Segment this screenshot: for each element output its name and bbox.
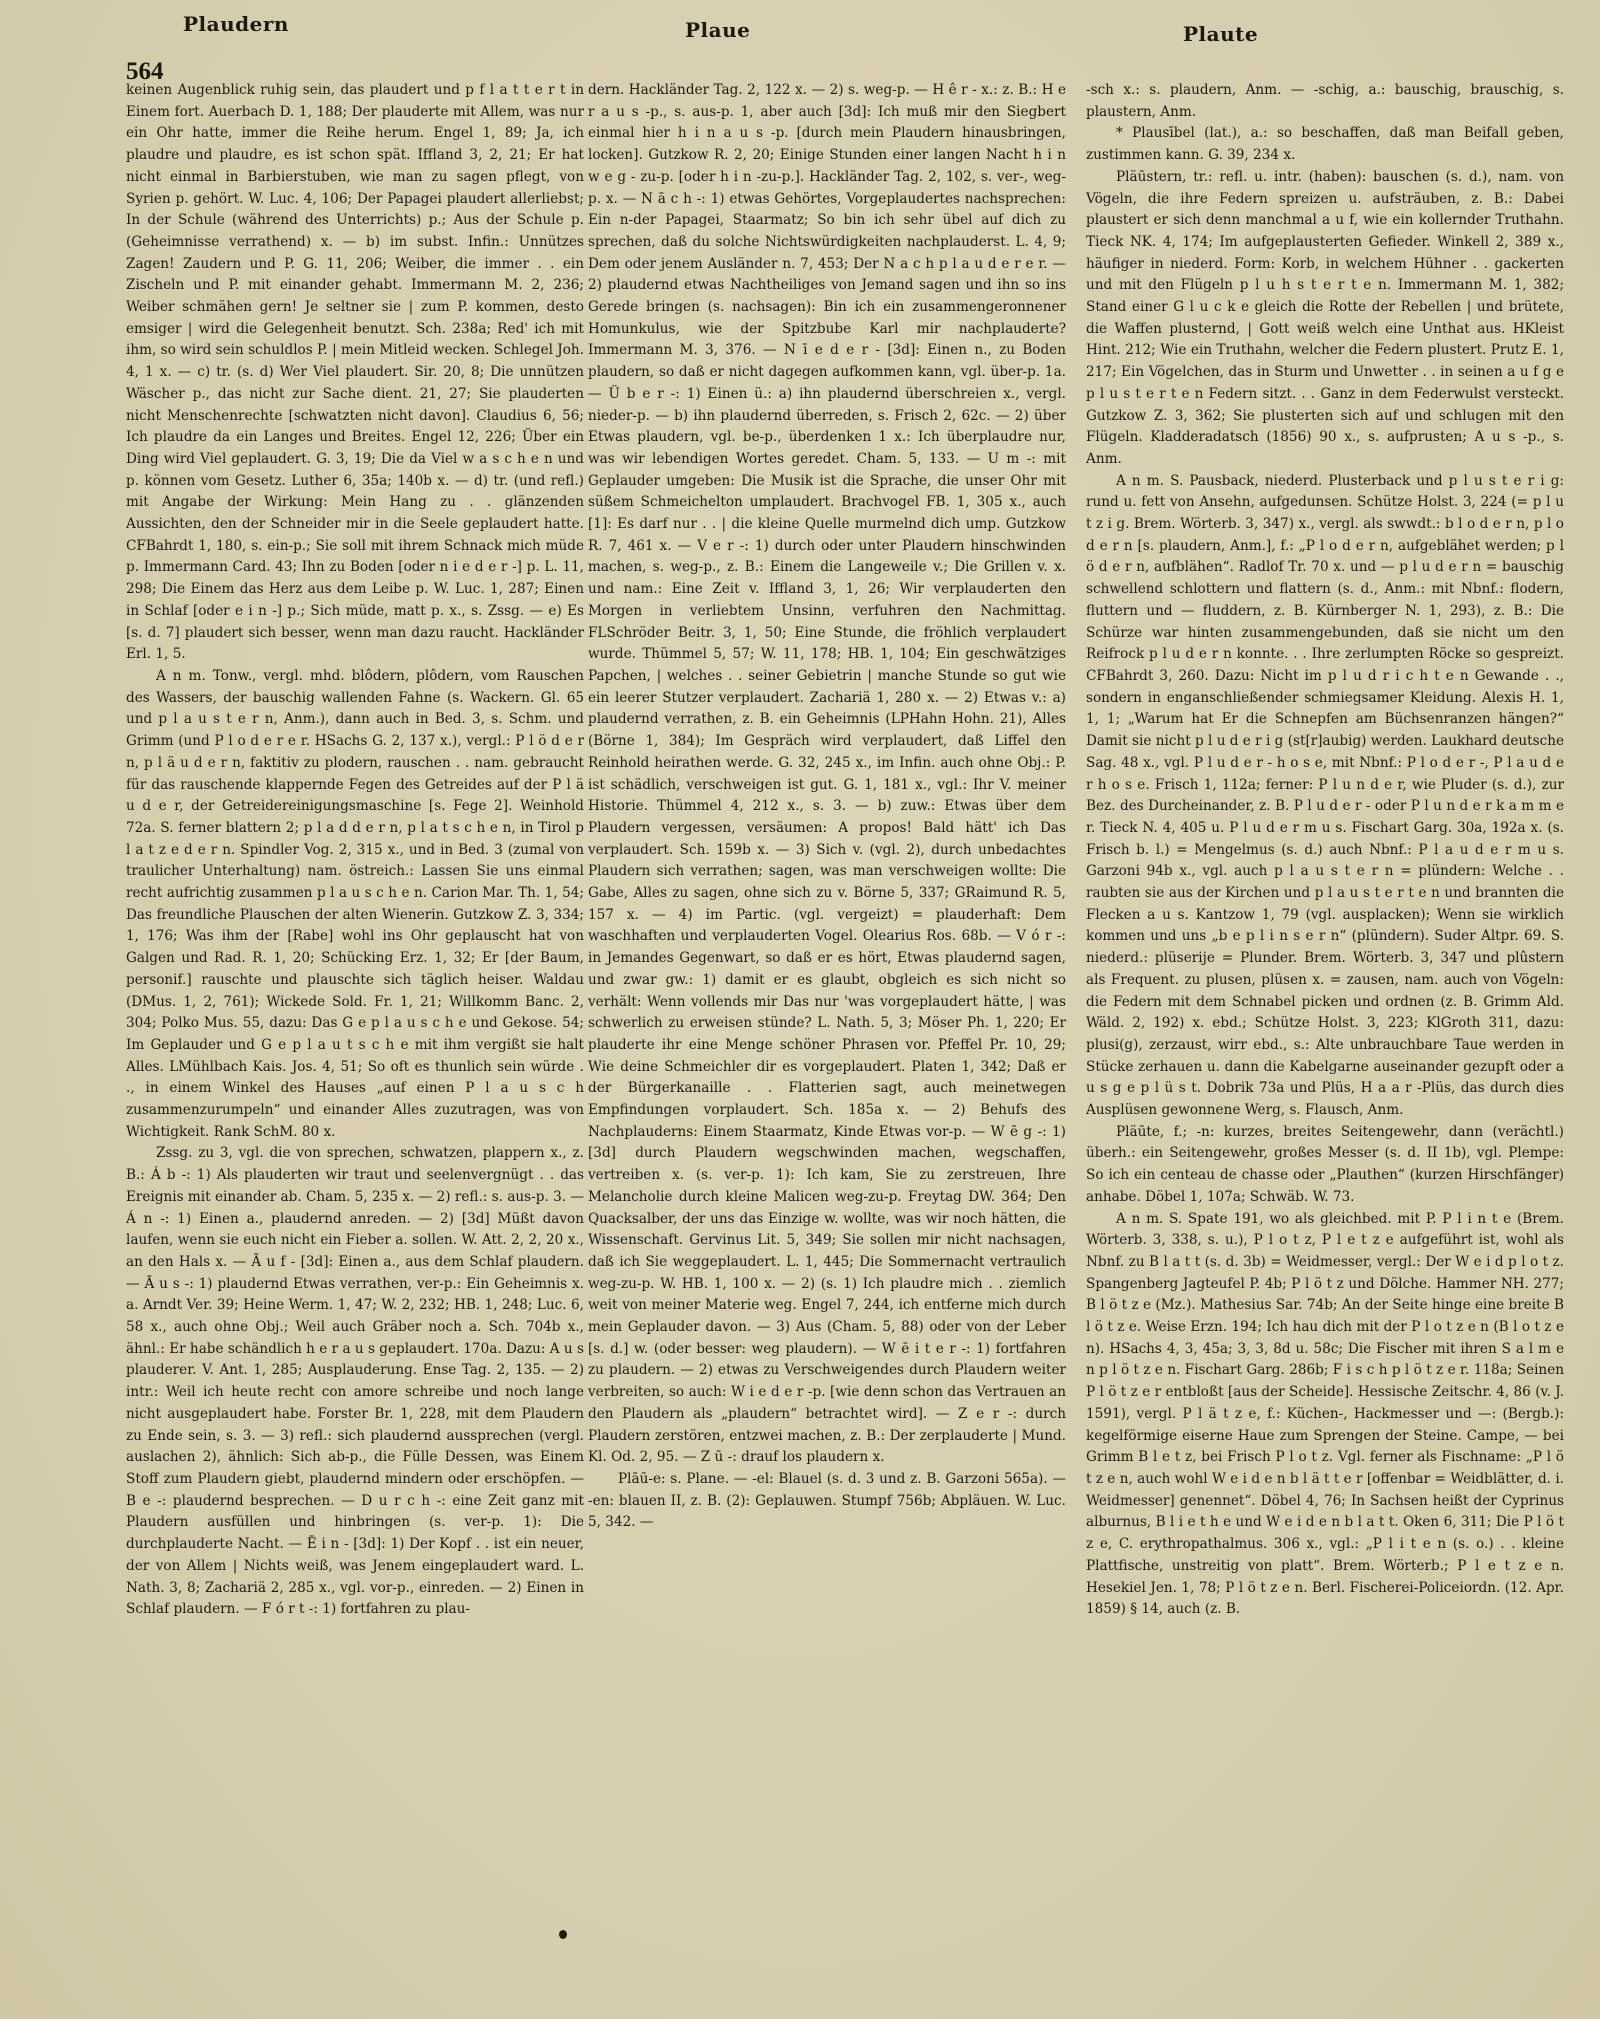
paragraph: keinen Augenblick ruhig sein, das plaude…: [126, 80, 584, 666]
guide-word-right: Plaute: [1183, 22, 1258, 46]
entry-plaute: Pläūte, f.; -n: kurzes, breites Seitenge…: [1086, 1122, 1564, 1209]
entry-plausibel: * Plausībel (lat.), a.: so beschaffen, d…: [1086, 123, 1564, 166]
entry-plaudern-compounds: dern. Hackländer Tag. 2, 122 x. — 2) s. …: [588, 80, 1066, 1534]
dictionary-page: 564 Plaudern Plaue Plaute keinen Augenbl…: [0, 0, 1600, 2019]
paragraph: dern. Hackländer Tag. 2, 122 x. — 2) s. …: [588, 80, 1066, 1469]
paragraph-zssg: Zssg. zu 3, vgl. die von sprechen, schwa…: [126, 1143, 584, 1620]
paragraph-anm: A n m. S. Pausback, niederd. Plusterback…: [1086, 471, 1564, 1122]
entry-plausch-continuation: -sch x.: s. plaudern, Anm. — -schig, a.:…: [1086, 80, 1564, 1621]
entry-plaustern: Pläūstern, tr.: refl. u. intr. (haben): …: [1086, 167, 1564, 471]
column-middle: dern. Hackländer Tag. 2, 122 x. — 2) s. …: [588, 80, 1066, 1960]
guide-word-left: Plaudern: [183, 12, 289, 36]
entry-plaudern-continuation: keinen Augenblick ruhig sein, das plaude…: [126, 80, 584, 1621]
paragraph: -sch x.: s. plaudern, Anm. — -schig, a.:…: [1086, 80, 1564, 123]
paragraph-anm: A n m. Tonw., vergl. mhd. blôdern, plôde…: [126, 666, 584, 1143]
guide-word-center: Plaue: [685, 18, 750, 42]
column-left: keinen Augenblick ruhig sein, das plaude…: [126, 80, 584, 1960]
paragraph-anm-plaute: A n m. S. Spate 191, wo als gleichbed. m…: [1086, 1209, 1564, 1621]
ink-spot-decoration: [559, 1930, 567, 1939]
entry-plaue: Plāū-e: s. Plane. — -el: Blauel (s. d. 3…: [588, 1469, 1066, 1534]
text-columns: keinen Augenblick ruhig sein, das plaude…: [120, 80, 1570, 1960]
column-right: -sch x.: s. plaudern, Anm. — -schig, a.:…: [1086, 80, 1564, 1960]
